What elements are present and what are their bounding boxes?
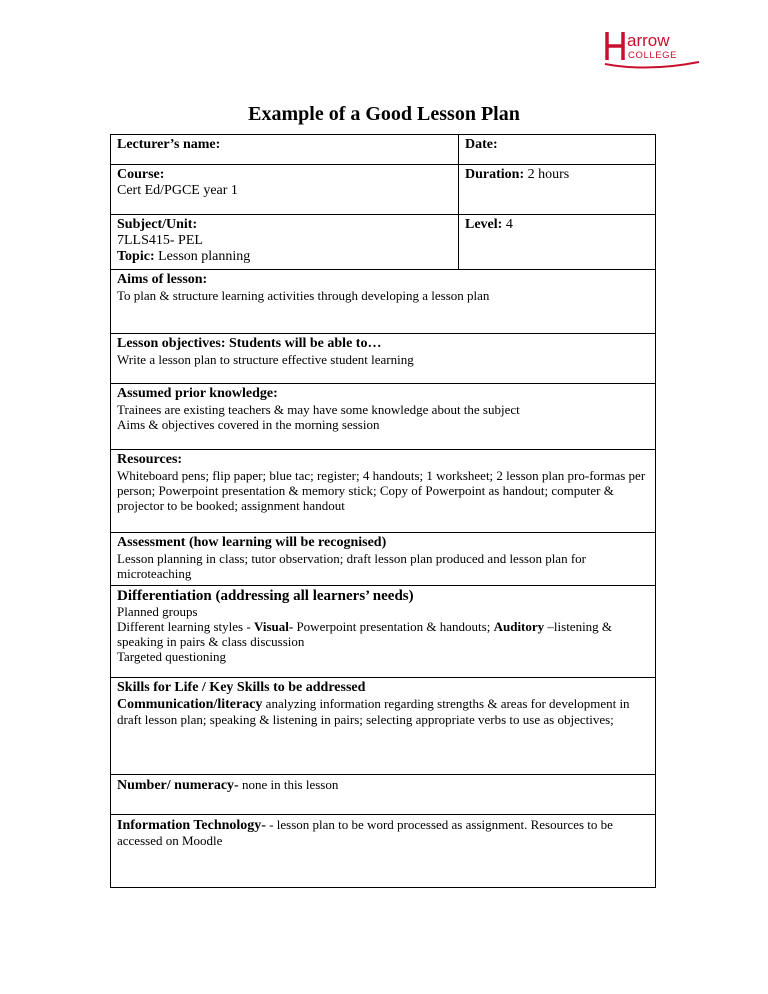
resources-cell: Resources: Whiteboard pens; flip paper; … xyxy=(111,450,656,533)
page-title: Example of a Good Lesson Plan xyxy=(0,103,768,126)
visual-label: Visual- xyxy=(254,619,293,634)
level-cell: Level: 4 xyxy=(459,215,656,270)
row-subject: Subject/Unit: 7LLS415- PEL Topic: Lesson… xyxy=(111,215,656,270)
prior-knowledge-heading: Assumed prior knowledge: xyxy=(117,386,650,402)
assessment-heading: Assessment (how learning will be recogni… xyxy=(117,535,650,551)
information-technology-cell: Information Technology- - lesson plan to… xyxy=(111,815,656,888)
aims-heading: Aims of lesson: xyxy=(117,272,650,288)
duration-label: Duration: xyxy=(465,167,524,182)
date-label: Date: xyxy=(465,137,498,152)
assessment-cell: Assessment (how learning will be recogni… xyxy=(111,533,656,586)
information-technology-label: Information Technology- xyxy=(117,818,266,833)
numeracy-label: Number/ numeracy- xyxy=(117,778,239,793)
row-resources: Resources: Whiteboard pens; flip paper; … xyxy=(111,450,656,533)
row-aims: Aims of lesson: To plan & structure lear… xyxy=(111,270,656,334)
visual-text: Powerpoint presentation & handouts; xyxy=(293,619,493,634)
topic-value: Lesson planning xyxy=(155,249,251,264)
objectives-heading: Lesson objectives: Students will be able… xyxy=(117,336,650,352)
row-skills: Skills for Life / Key Skills to be addre… xyxy=(111,678,656,775)
level-value: 4 xyxy=(502,217,513,232)
communication-label: Communication/literacy xyxy=(117,697,262,712)
row-prior-knowledge: Assumed prior knowledge: Trainees are ex… xyxy=(111,384,656,450)
differentiation-heading: Differentiation (addressing all learners… xyxy=(117,588,650,604)
row-differentiation: Differentiation (addressing all learners… xyxy=(111,586,656,678)
row-objectives: Lesson objectives: Students will be able… xyxy=(111,334,656,384)
svg-text:COLLEGE: COLLEGE xyxy=(628,50,677,61)
differentiation-learning-styles: Different learning styles - Visual- Powe… xyxy=(117,619,650,649)
objectives-cell: Lesson objectives: Students will be able… xyxy=(111,334,656,384)
prior-knowledge-cell: Assumed prior knowledge: Trainees are ex… xyxy=(111,384,656,450)
duration-value: 2 hours xyxy=(524,167,569,182)
skills-communication: Communication/literacy analyzing informa… xyxy=(117,696,650,727)
duration-cell: Duration: 2 hours xyxy=(459,165,656,215)
row-assessment: Assessment (how learning will be recogni… xyxy=(111,533,656,586)
numeracy-cell: Number/ numeracy- none in this lesson xyxy=(111,775,656,815)
prior-knowledge-line: Trainees are existing teachers & may hav… xyxy=(117,402,650,417)
svg-text:arrow: arrow xyxy=(627,31,670,50)
assessment-text: Lesson planning in class; tutor observat… xyxy=(117,551,650,581)
subject-cell: Subject/Unit: 7LLS415- PEL Topic: Lesson… xyxy=(111,215,459,270)
skills-heading: Skills for Life / Key Skills to be addre… xyxy=(117,680,650,696)
lecturer-cell: Lecturer’s name: xyxy=(111,135,459,165)
date-cell: Date: xyxy=(459,135,656,165)
resources-text: Whiteboard pens; flip paper; blue tac; r… xyxy=(117,468,650,513)
row-course: Course: Cert Ed/PGCE year 1 Duration: 2 … xyxy=(111,165,656,215)
topic-label: Topic: xyxy=(117,249,155,264)
course-value: Cert Ed/PGCE year 1 xyxy=(117,183,453,199)
objectives-text: Write a lesson plan to structure effecti… xyxy=(117,352,650,367)
course-label: Course: xyxy=(117,167,453,183)
aims-cell: Aims of lesson: To plan & structure lear… xyxy=(111,270,656,334)
course-cell: Course: Cert Ed/PGCE year 1 xyxy=(111,165,459,215)
harrow-college-logo: arrow COLLEGE xyxy=(603,28,701,70)
numeracy-text: none in this lesson xyxy=(239,777,339,792)
row-lecturer: Lecturer’s name: Date: xyxy=(111,135,656,165)
subject-value: 7LLS415- PEL xyxy=(117,233,453,249)
aims-text: To plan & structure learning activities … xyxy=(117,288,650,303)
skills-cell: Skills for Life / Key Skills to be addre… xyxy=(111,678,656,775)
differentiation-line: Targeted questioning xyxy=(117,649,650,664)
resources-heading: Resources: xyxy=(117,452,650,468)
row-numeracy: Number/ numeracy- none in this lesson xyxy=(111,775,656,815)
prior-knowledge-line: Aims & objectives covered in the morning… xyxy=(117,417,650,432)
learning-styles-text: Different learning styles - xyxy=(117,619,254,634)
lesson-plan-table: Lecturer’s name: Date: Course: Cert Ed/P… xyxy=(110,134,656,888)
subject-label: Subject/Unit: xyxy=(117,217,453,233)
auditory-label: Auditory xyxy=(494,619,545,634)
lecturer-label: Lecturer’s name: xyxy=(117,137,220,152)
row-information-technology: Information Technology- - lesson plan to… xyxy=(111,815,656,888)
differentiation-line: Planned groups xyxy=(117,604,650,619)
level-label: Level: xyxy=(465,217,502,232)
differentiation-cell: Differentiation (addressing all learners… xyxy=(111,586,656,678)
